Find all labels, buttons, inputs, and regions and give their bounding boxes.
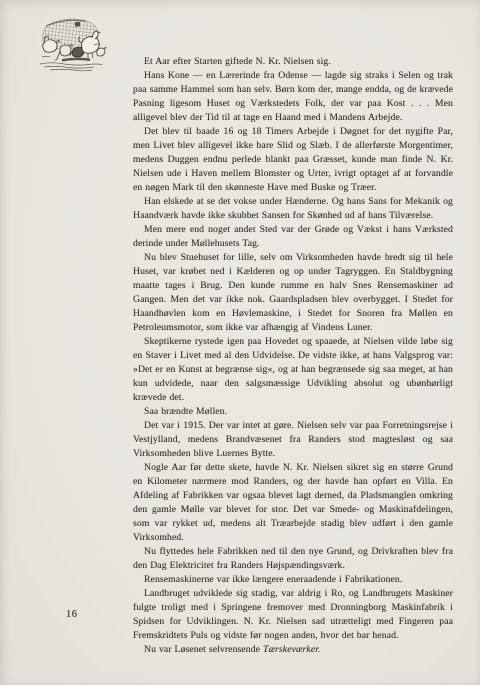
paragraph: Skeptikerne rystede igen paa Hovedet og … bbox=[133, 335, 453, 405]
paragraph: Det blev til baade 16 og 18 Timers Arbej… bbox=[133, 125, 453, 195]
page-number: 16 bbox=[66, 609, 78, 620]
paragraph: Rensemaskinerne var ikke længere eneraad… bbox=[133, 573, 453, 587]
paragraph: Men mere end noget andet Sted var der Gr… bbox=[133, 223, 453, 251]
body-text: Et Aar efter Starten giftede N. Kr. Niel… bbox=[133, 55, 453, 657]
paragraph: Hans Kone — en Lærerinde fra Odense — la… bbox=[133, 69, 453, 125]
paragraph-final: Nu var Løsenet selvrensende Tærskeværker… bbox=[133, 643, 453, 657]
paragraph: Saa brændte Møllen. bbox=[133, 405, 453, 419]
paragraph: Nu flyttedes hele Fabrikken ned til den … bbox=[133, 545, 453, 573]
hens-pecking-icon bbox=[34, 12, 108, 76]
paragraph: Nogle Aar før dette skete, havde N. Kr. … bbox=[133, 461, 453, 545]
book-page: Et Aar efter Starten giftede N. Kr. Niel… bbox=[0, 0, 480, 685]
paragraph: Nu blev Stuehuset for lille, selv om Vir… bbox=[133, 251, 453, 335]
paragraph: Det var i 1915. Der var intet at gøre. N… bbox=[133, 419, 453, 461]
paragraph: Landbruget udviklede sig stadig, var ald… bbox=[133, 587, 453, 643]
final-paragraph-text: Nu var Løsenet selvrensende bbox=[144, 644, 263, 655]
paragraph: Han elskede at se det vokse under Hænder… bbox=[133, 195, 453, 223]
hens-illustration bbox=[34, 12, 108, 76]
paragraph: Et Aar efter Starten giftede N. Kr. Niel… bbox=[133, 55, 453, 69]
final-paragraph-italic-word: Tærskeværker. bbox=[263, 644, 321, 655]
